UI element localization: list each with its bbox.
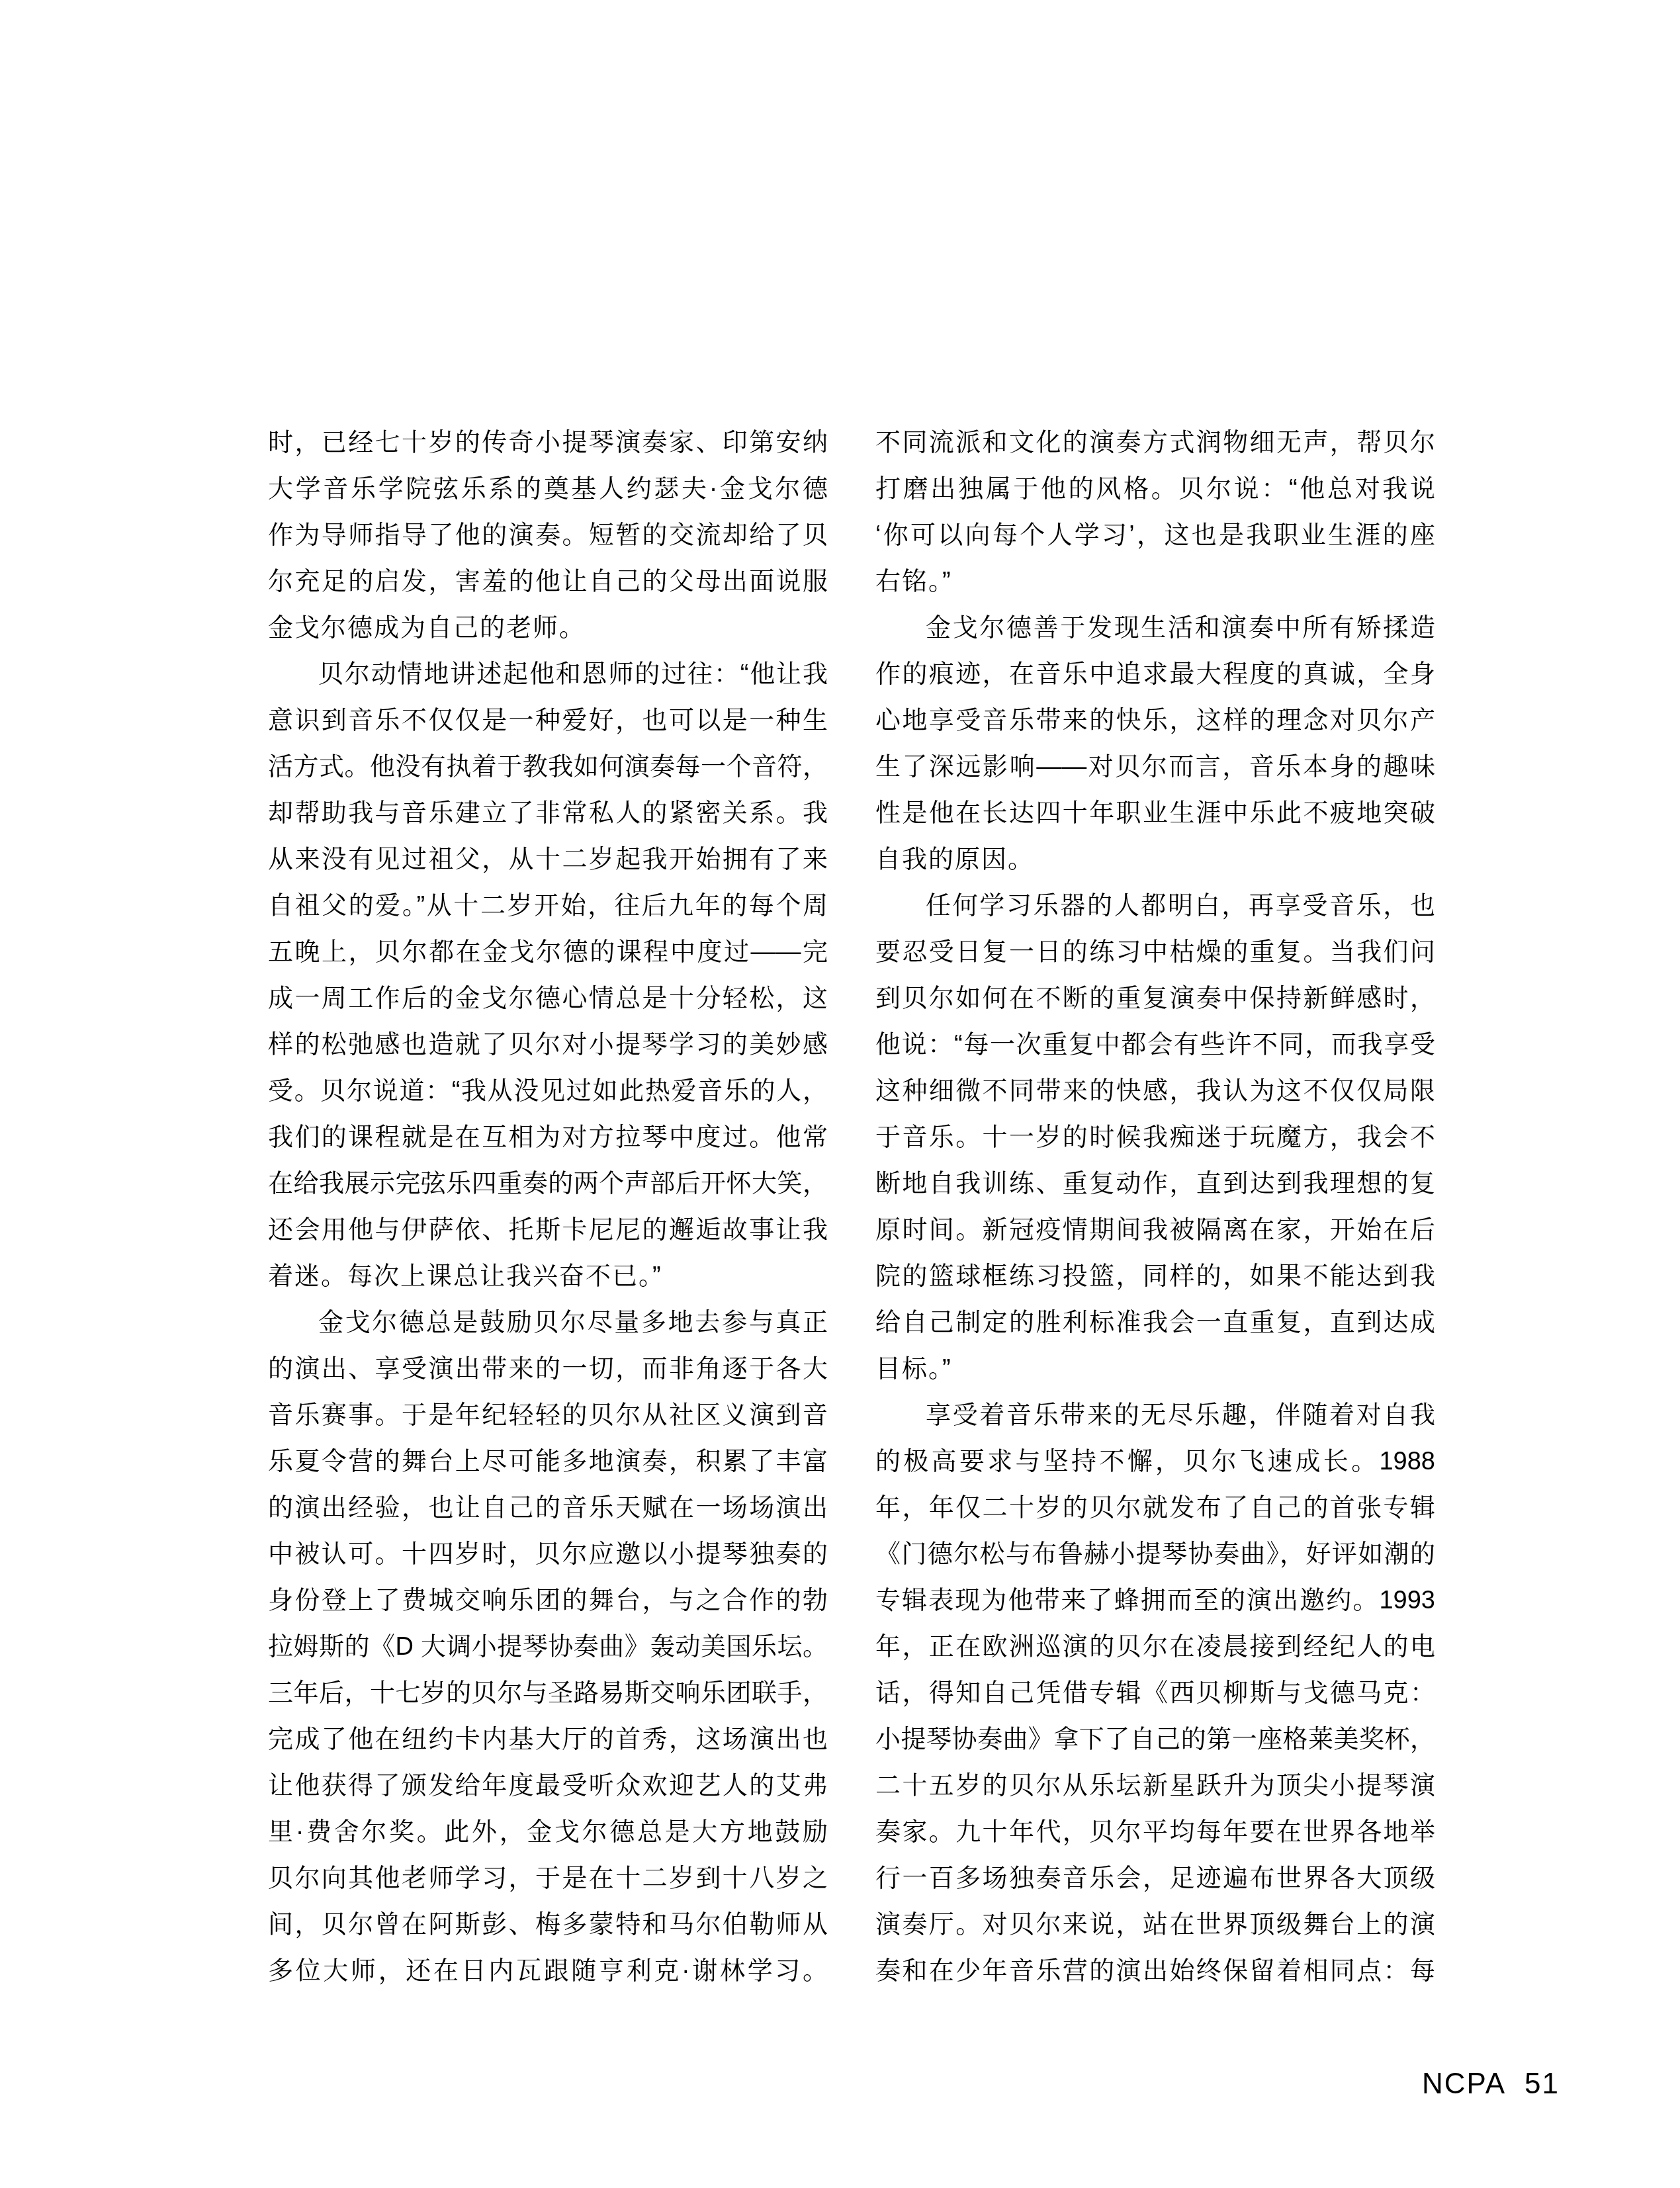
- text-line: 年，正在欧洲巡演的贝尔在凌晨接到经纪人的电: [875, 1624, 1435, 1670]
- text-line: 五晚上，贝尔都在金戈尔德的课程中度过——完: [268, 929, 828, 975]
- text-line: 右铭。”: [875, 558, 1435, 605]
- text-line: 着迷。每次上课总让我兴奋不已。”: [268, 1253, 828, 1299]
- text-line: 目标。”: [875, 1346, 1435, 1392]
- text-line: 给自己制定的胜利标准我会一直重复，直到达成: [875, 1299, 1435, 1346]
- text-line: 原时间。新冠疫情期间我被隔离在家，开始在后: [875, 1207, 1435, 1253]
- text-line: 他说：“每一次重复中都会有些许不同，而我享受: [875, 1022, 1435, 1068]
- text-line: 从来没有见过祖父，从十二岁起我开始拥有了来: [268, 836, 828, 883]
- text-line: 到贝尔如何在不断的重复演奏中保持新鲜感时，: [875, 975, 1435, 1022]
- magazine-page: 时，已经七十岁的传奇小提琴演奏家、印第安纳大学音乐学院弦乐系的奠基人约瑟夫·金戈…: [0, 0, 1680, 2188]
- text-line: 奏家。九十年代，贝尔平均每年要在世界各地举: [875, 1809, 1435, 1855]
- page-number: 51: [1525, 2068, 1560, 2100]
- text-line: 贝尔向其他老师学习，于是在十二岁到十八岁之: [268, 1855, 828, 1902]
- text-line: 让他获得了颁发给年度最受听众欢迎艺人的艾弗: [268, 1763, 828, 1809]
- text-line: 二十五岁的贝尔从乐坛新星跃升为顶尖小提琴演: [875, 1763, 1435, 1809]
- page-footer: NCPA51: [1422, 2070, 1560, 2099]
- text-line: 要忍受日复一日的练习中枯燥的重复。当我们问: [875, 929, 1435, 975]
- text-line: 意识到音乐不仅仅是一种爱好，也可以是一种生: [268, 697, 828, 744]
- text-line: 享受着音乐带来的无尽乐趣，伴随着对自我: [875, 1392, 1435, 1438]
- text-line: 贝尔动情地讲述起他和恩师的过往：“他让我: [268, 651, 828, 697]
- text-line: 我们的课程就是在互相为对方拉琴中度过。他常: [268, 1114, 828, 1160]
- text-line: 活方式。他没有执着于教我如何演奏每一个音符，: [268, 744, 828, 790]
- article-column-left: 时，已经七十岁的传奇小提琴演奏家、印第安纳大学音乐学院弦乐系的奠基人约瑟夫·金戈…: [268, 419, 828, 1994]
- text-line: 样的松弛感也造就了贝尔对小提琴学习的美妙感: [268, 1022, 828, 1068]
- journal-brand: NCPA: [1422, 2068, 1506, 2100]
- text-line: 金戈尔德善于发现生活和演奏中所有矫揉造: [875, 605, 1435, 651]
- text-line: 自祖父的爱。”从十二岁开始，往后九年的每个周: [268, 883, 828, 929]
- text-line: 的演出、享受演出带来的一切，而非角逐于各大: [268, 1346, 828, 1392]
- text-line: 多位大师，还在日内瓦跟随亨利克·谢林学习。: [268, 1948, 828, 1994]
- text-line: 里·费舍尔奖。此外，金戈尔德总是大方地鼓励: [268, 1809, 828, 1855]
- text-line: 年，年仅二十岁的贝尔就发布了自己的首张专辑: [875, 1485, 1435, 1531]
- text-line: 身份登上了费城交响乐团的舞台，与之合作的勃: [268, 1577, 828, 1624]
- text-line: 中被认可。十四岁时，贝尔应邀以小提琴独奏的: [268, 1531, 828, 1577]
- text-line: 演奏厅。对贝尔来说，站在世界顶级舞台上的演: [875, 1902, 1435, 1948]
- text-line: 心地享受音乐带来的快乐，这样的理念对贝尔产: [875, 697, 1435, 744]
- text-line: 受。贝尔说道：“我从没见过如此热爱音乐的人，: [268, 1068, 828, 1114]
- text-line: 奏和在少年音乐营的演出始终保留着相同点：每: [875, 1948, 1435, 1994]
- text-line: 完成了他在纽约卡内基大厅的首秀，这场演出也: [268, 1716, 828, 1763]
- text-line: 小提琴协奏曲》拿下了自己的第一座格莱美奖杯，: [875, 1716, 1435, 1763]
- text-line: 在给我展示完弦乐四重奏的两个声部后开怀大笑，: [268, 1160, 828, 1207]
- article-column-right: 不同流派和文化的演奏方式润物细无声，帮贝尔打磨出独属于他的风格。贝尔说：“他总对…: [875, 419, 1435, 1994]
- text-line: 拉姆斯的《D 大调小提琴协奏曲》轰动美国乐坛。: [268, 1624, 828, 1670]
- text-line: 时，已经七十岁的传奇小提琴演奏家、印第安纳: [268, 419, 828, 466]
- text-line: 断地自我训练、重复动作，直到达到我理想的复: [875, 1160, 1435, 1207]
- text-line: 不同流派和文化的演奏方式润物细无声，帮贝尔: [875, 419, 1435, 466]
- text-line: 间，贝尔曾在阿斯彭、梅多蒙特和马尔伯勒师从: [268, 1902, 828, 1948]
- text-line: 话，得知自己凭借专辑《西贝柳斯与戈德马克：: [875, 1670, 1435, 1716]
- text-line: 音乐赛事。于是年纪轻轻的贝尔从社区义演到音: [268, 1392, 828, 1438]
- text-line: 乐夏令营的舞台上尽可能多地演奏，积累了丰富: [268, 1438, 828, 1485]
- text-line: 三年后，十七岁的贝尔与圣路易斯交响乐团联手，: [268, 1670, 828, 1716]
- text-line: 行一百多场独奏音乐会，足迹遍布世界各大顶级: [875, 1855, 1435, 1902]
- text-line: 的演出经验，也让自己的音乐天赋在一场场演出: [268, 1485, 828, 1531]
- text-line: 专辑表现为他带来了蜂拥而至的演出邀约。1993: [875, 1577, 1435, 1624]
- text-line: 作为导师指导了他的演奏。短暂的交流却给了贝: [268, 512, 828, 558]
- text-line: 任何学习乐器的人都明白，再享受音乐，也: [875, 883, 1435, 929]
- text-line: 的极高要求与坚持不懈，贝尔飞速成长。1988: [875, 1438, 1435, 1485]
- text-line: 自我的原因。: [875, 836, 1435, 883]
- text-line: 院的篮球框练习投篮，同样的，如果不能达到我: [875, 1253, 1435, 1299]
- text-line: 《门德尔松与布鲁赫小提琴协奏曲》，好评如潮的: [875, 1531, 1435, 1577]
- text-line: 这种细微不同带来的快感，我认为这不仅仅局限: [875, 1068, 1435, 1114]
- text-line: 作的痕迹，在音乐中追求最大程度的真诚，全身: [875, 651, 1435, 697]
- text-line: 尔充足的启发，害羞的他让自己的父母出面说服: [268, 558, 828, 605]
- text-line: 成一周工作后的金戈尔德心情总是十分轻松，这: [268, 975, 828, 1022]
- text-line: 金戈尔德成为自己的老师。: [268, 605, 828, 651]
- text-line: 于音乐。十一岁的时候我痴迷于玩魔方，我会不: [875, 1114, 1435, 1160]
- text-line: 却帮助我与音乐建立了非常私人的紧密关系。我: [268, 790, 828, 836]
- text-line: 大学音乐学院弦乐系的奠基人约瑟夫·金戈尔德: [268, 466, 828, 512]
- text-line: 还会用他与伊萨依、托斯卡尼尼的邂逅故事让我: [268, 1207, 828, 1253]
- text-line: 金戈尔德总是鼓励贝尔尽量多地去参与真正: [268, 1299, 828, 1346]
- text-line: 性是他在长达四十年职业生涯中乐此不疲地突破: [875, 790, 1435, 836]
- text-line: 打磨出独属于他的风格。贝尔说：“他总对我说: [875, 466, 1435, 512]
- text-line: ‘你可以向每个人学习’，这也是我职业生涯的座: [875, 512, 1435, 558]
- text-line: 生了深远影响——对贝尔而言，音乐本身的趣味: [875, 744, 1435, 790]
